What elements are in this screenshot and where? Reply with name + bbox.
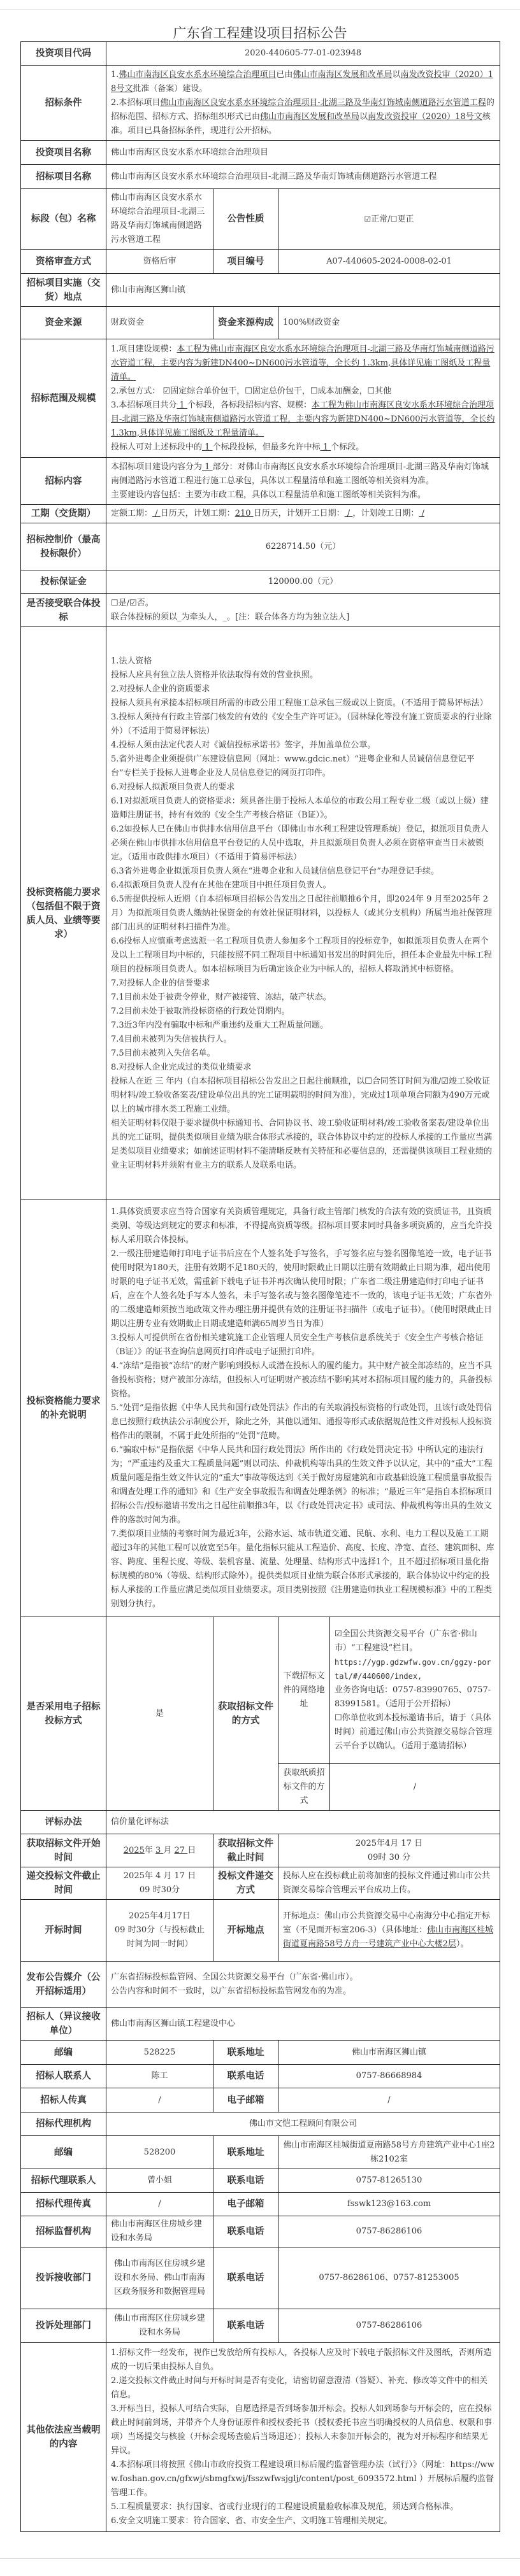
row-investment-name: 投资项目名称 佛山市南海区良安水系水环境综合治理项目 [21,141,500,165]
row-content: 招标内容 本招标项目建设内容分为 1 部分：对佛山市南海区良安水系水环境综合治理… [21,458,500,505]
label: 工期（交货期） [21,505,106,523]
project-name: 佛山市南海区良安水系水环境综合治理项目-北湖三路及华南灯饰城南侧道路污水管道工程 [106,165,500,189]
paragraph: 3.投标人须持有行政主管部门核发的有效的《安全生产许可证》。（园林绿化等没有施工… [111,711,495,739]
fax: / [106,2088,213,2112]
label: 投诉处理部门 [21,2309,106,2343]
paragraph: 6.“骗取中标”是指依据《中华人民共和国行政处罚法》所作出的《行政处罚决定书》中… [111,1443,495,1527]
paragraph: 6.6投标人应慎重考虑选派一名工程项目负责人参加多个工程项目的投标竞争，如拟派项… [111,935,495,977]
label: 投标资格能力要求的补充说明 [21,1200,106,1617]
supervisor: 佛山市南海区住房城乡建设和水务局 [106,2216,213,2247]
control-price: 6228714.50（元） [106,523,500,570]
phone: 0757-86668984 [278,2065,500,2088]
label: 公告性质 [213,189,278,250]
checkbox-unchecked-icon: ☐ [391,215,398,223]
label: 招标内容 [21,458,106,505]
row-complaint-receive: 投诉接收部门 佛山市南海区住房城乡建设和水务局、佛山市南海区政务服务和数据管理局… [21,2247,500,2309]
obtain-start: 2025年 3 月 27 日 [106,1834,213,1867]
paragraph: 6.4拟派项目负责人没有在其他在建项目中担任项目负责人。 [111,879,495,893]
project-number: A07-440605-2024-0008-02-01 [278,250,500,274]
contact: 陈工 [106,2065,213,2088]
label: 招标范围及规模 [21,339,106,458]
fax: / [106,2193,213,2216]
label: 邮编 [21,2041,106,2065]
period: 定额工期： / 日历天，计划工期：210 日历天，计划开工日期： / ，计划竣工… [106,505,500,523]
content: 本招标项目建设内容分为 1 部分：对佛山市南海区良安水系水环境综合治理项目-北湖… [106,458,500,505]
label: 招标代理联系人 [21,2169,106,2193]
checkbox-checked-icon: ☑ [365,215,372,223]
label: 是否接受联合体投标 [21,594,106,627]
label: 投标保证金 [21,570,106,594]
paragraph: 7.3近3年内没有骗取中标和严重违约及重大工程质量问题。 [111,1019,495,1033]
row-tender-condition: 招标条件 1.佛山市南海区良安水系水环境综合治理项目已由佛山市南海区发展和改革局… [21,66,500,141]
label: 项目编号 [213,250,278,274]
investment-code: 2020-440605-77-01-023948 [106,42,500,66]
evaluation-method: 信价量化评标法 [106,1811,500,1834]
deposit: 120000.00（元） [106,570,500,594]
email: / [278,2088,500,2112]
row-tenderer-post: 邮编 528225 联系地址 佛山市南海区狮山镇 [21,2041,500,2065]
row-media: 发布公告媒介（公开招标适用） 广东省招标投标监管网、全国公共资源交易平台（广东省… [21,1962,500,2008]
tender-condition: 1.佛山市南海区良安水系水环境综合治理项目已由佛山市南海区发展和改革局以南发改资… [106,66,500,141]
label: 电子邮箱 [213,2193,278,2216]
paper-method: / [330,1764,500,1811]
label: 是否采用电子招标投标方式 [21,1617,106,1811]
row-other: 其他依法应当载明的内容 1.招标文件一经发布，视作已发放给所有投标人，各投标人应… [21,2343,500,2532]
label: 获取招标文件的方式 [213,1617,278,1811]
electronic-value: 是 [106,1617,213,1811]
paragraph: 3.开标当日，投标人可结合实际，自愿选择是否到场参加开标会。投标人如到场参与开标… [111,2402,495,2458]
row-investment-code: 投资项目代码 2020-440605-77-01-023948 [21,42,500,66]
download-link[interactable]: https://ygp.gdzwfw.gov.cn/ggzy-portal/#/… [335,1655,495,1683]
complaint-handler: 佛山市南海区住房城乡建设和水务局 [106,2309,213,2343]
label: 招标项目名称 [21,165,106,189]
label: 联系电话 [213,2216,278,2247]
label: 招标人传真 [21,2088,106,2112]
row-price: 招标控制价（最高投标限价） 6228714.50（元） [21,523,500,570]
label: 联系地址 [213,2136,278,2169]
postcode: 528200 [106,2136,213,2169]
label: 投诉接收部门 [21,2247,106,2309]
label: 投标资格能力要求（包括但不限于资质人员、业绩等要求） [21,627,106,1200]
phone: 0757-81265130 [278,2169,500,2193]
paragraph: 6.2如投标人已在佛山市供排水信用信息平台（即佛山市水利工程建设管理系统）登记，… [111,823,495,865]
phone: 0757-86286106 [278,2309,500,2343]
paragraph: 6.5需提供投标人近期（自本招标项目招标公告发出之日起往前顺推6个月，即2024… [111,893,495,935]
paragraph: 5.工程质量要求：执行国家、省或行业现行的工程建设质量验收标准及规范，须达到合格… [111,2500,495,2514]
label: 电子邮箱 [213,2088,278,2112]
label: 招标人联系人 [21,2065,106,2088]
media: 广东省招标投标监管网、全国公共资源交易平台（广东省·佛山市）。 公告内容和时间不… [106,1962,500,2008]
row-agency-fax: 招标代理传真 / 电子邮箱 fsswk123@163.com [21,2193,500,2216]
label: 发布公告媒介（公开招标适用） [21,1962,106,2008]
paragraph: 2.对投标人企业的资质要求 [111,683,495,697]
download-info: ☑全国公共资源交易平台（广东省·佛山市）“工程建设”栏目。 https://yg… [330,1617,500,1764]
row-scope: 招标范围及规模 1.项目建设规模：本工程为佛山市南海区良安水系水环境综合治理项目… [21,339,500,458]
paragraph: 投标人应具有独立法人资格并依法取得有效的营业执照。 [111,669,495,683]
agency: 佛山市文恺工程顾问有限公司 [106,2112,500,2136]
paragraph: 6.1对拟派项目负责人的资格要求：须具备注册于投标人本单位的市政公用工程专业二级… [111,795,495,823]
address: 佛山市南海区桂城街道夏南路58号方舟建筑产业中心1座2栋2102室 [278,2136,500,2169]
other-content: 1.招标文件一经发布，视作已发放给所有投标人，各投标人应及时下载电子版招标文件及… [106,2343,500,2532]
investment-name: 佛山市南海区良安水系水环境综合治理项目 [106,141,500,165]
scope: 1.项目建设规模：本工程为佛山市南海区良安水系水环境综合治理项目-北湖三路及华南… [106,339,500,458]
label: 投标文件递交方式 [213,1867,278,1900]
paragraph: 2.递交投标文件截止时间与开标时间是否有变化，请密切留意澄清（答疑）、补充、修改… [111,2374,495,2402]
label: 资格审查方式 [21,250,106,274]
label: 投资项目代码 [21,42,106,66]
paragraph: 投标人须具有承接本招标项目所需的市政公用工程施工总承包三级或以上资质。（不适用于… [111,697,495,711]
paragraph: 4.投标人须由法定代表人对《诚信投标承诺书》签字，并加盖单位公章。 [111,739,495,753]
review-method: 资格后审 [106,250,213,274]
label: 招标控制价（最高投标限价） [21,523,106,570]
row-agency-contact: 招标代理联系人 曾小姐 联系电话 0757-81265130 [21,2169,500,2193]
label: 招标代理传真 [21,2193,106,2216]
label: 联系电话 [213,2065,278,2088]
label: 资金来源构成 [213,307,278,339]
row-tenderer: 招标人（异议接收单位） 佛山市南海区狮山镇工程建设中心 [21,2008,500,2041]
notice-nature: ☑正常/☐更正 [278,189,500,250]
phone: 0757-86286106、0757-81253005 [278,2247,500,2309]
label: 标段（包）名称 [21,189,106,250]
supplement: 1.具体资质要求应当符合国家有关资质管理规定，具备行政主管部门核发的合法有效的资… [106,1200,500,1617]
row-submit-time: 递交投标文件截止时间 2025年 4 月 17 日 09 时30分 投标文件递交… [21,1867,500,1900]
label: 招标人（异议接收单位） [21,2008,106,2041]
bottom-divider [0,2558,520,2559]
label: 资金来源 [21,307,106,339]
fund-structure: 100%财政资金 [278,307,500,339]
paragraph: 6.对投标人拟派项目负责人的要求 [111,781,495,795]
paragraph: 1.招标文件一经发布，视作已发放给所有投标人，各投标人应及时下载电子版招标文件及… [111,2346,495,2374]
paragraph: 3.投标人可提供所在省份相关建筑施工企业管理人员安全生产考核信息系统关于《安全生… [111,1331,495,1359]
phone: 0757-86286106 [278,2216,500,2247]
paragraph: 7.类似项目业绩的考察时间为最近3年，公路水运、城市轨道交通、民航、水利、电力工… [111,1527,495,1611]
obtain-end: 2025年4月 17 日 09时 30 分 [278,1834,500,1867]
paragraph: 6.3省外进粤企业拟派项目负责人须在“进粤企业和人员诚信信息登记平台”办理登记手… [111,865,495,879]
label: 投资项目名称 [21,141,106,165]
paragraph: 7.1目前未处于被责令停业，财产被接管、冻结，破产状态。 [111,991,495,1005]
label: 其他依法应当载明的内容 [21,2343,106,2532]
submit-method: 投标人应在投标截止前将加密的投标文件通过佛山市公共资源交易综合管理云平台成功上传… [278,1867,500,1900]
row-complaint-handle: 投诉处理部门 佛山市南海区住房城乡建设和水务局 联系电话 0757-862861… [21,2309,500,2343]
paragraph: 5.省外进粤企业须提供广东建设信息网（网址：www.gdcic.net）“进粤企… [111,753,495,781]
row-supervisor: 招标监督机构 佛山市南海区住房城乡建设和水务局 联系电话 0757-862861… [21,2216,500,2247]
row-tenderer-contact: 招标人联系人 陈工 联系电话 0757-86668984 [21,2065,500,2088]
label: 联系地址 [213,2041,278,2065]
row-location: 招标项目实施（交货）地点 佛山市南海区狮山镇 [21,274,500,307]
label: 递交投标文件截止时间 [21,1867,106,1900]
location: 佛山市南海区狮山镇 [106,274,500,307]
paragraph: 7.5目前未被列入失信名单。 [111,1047,495,1061]
label: 联系电话 [213,2247,278,2309]
open-time: 2025年4月17日 09 时30分（与投标截止时间为同一时间） [106,1900,213,1962]
paragraph: 相关证明材料仅限于要求提供中标通知书、合同协议书、竣工验收证明材料/竣工验收备案… [111,1117,495,1173]
row-period: 工期（交货期） 定额工期： / 日历天，计划工期：210 日历天，计划开工日期：… [21,505,500,523]
label: 评标办法 [21,1811,106,1834]
qualification: 1.法人资格投标人应具有独立法人资格并依法取得有效的营业执照。2.对投标人企业的… [106,627,500,1200]
label: 招标条件 [21,66,106,141]
label: 联系电话 [213,2169,278,2193]
email: fsswk123@163.com [278,2193,500,2216]
open-place: 开标地点：佛山市公共资源交易中心南海分中心指定开标室（不见面开标室206-3）（… [278,1900,500,1962]
label: 获取招标文件截止时间 [213,1834,278,1867]
row-section: 标段（包）名称 佛山市南海区良安水系水环境综合治理项目-北湖三路及华南灯饰城南侧… [21,189,500,250]
row-obtain-time: 获取招标文件开始时间 2025年 3 月 27 日 获取招标文件截止时间 202… [21,1834,500,1867]
label: 开标时间 [21,1900,106,1962]
paragraph: 6.安全文明施工要求：符合国家、省、市安全生产、文明施工管理相关规定。 [111,2514,495,2528]
postcode: 528225 [106,2041,213,2065]
consortium: ☐是/☑否。 联合体投标的须以_为牵头人，_。[注：联合体各方均为独立法人] [106,594,500,627]
paragraph: 7.对投标人企业的信誉要求 [111,977,495,991]
submit-deadline: 2025年 4 月 17 日 09 时30分 [106,1867,213,1900]
row-tenderer-fax: 招标人传真 / 电子邮箱 / [21,2088,500,2112]
label: 招标项目实施（交货）地点 [21,274,106,307]
label: 招标监督机构 [21,2216,106,2247]
row-funds: 资金来源 财政资金 资金来源构成 100%财政资金 [21,307,500,339]
tenderer: 佛山市南海区狮山镇工程建设中心 [106,2008,500,2041]
label: 联系电话 [213,2309,278,2343]
paragraph: 4.本招标项目将按照《佛山市政府投资工程建设项目标后履约监督管理办法（试行）》（… [111,2458,495,2500]
label: 下载招标文件的网络地址 [278,1617,330,1764]
label: 开标地点 [213,1900,278,1962]
row-qualification: 投标资格能力要求（包括但不限于资质人员、业绩等要求） 1.法人资格投标人应具有独… [21,627,500,1200]
address: 佛山市南海区狮山镇 [278,2041,500,2065]
top-divider [0,9,520,10]
row-agency: 招标代理机构 佛山市文恺工程顾问有限公司 [21,2112,500,2136]
row-consortium: 是否接受联合体投标 ☐是/☑否。 联合体投标的须以_为牵头人，_。[注：联合体各… [21,594,500,627]
paragraph: 5.“处罚”是指依据《中华人民共和国行政处罚法》作出的有关取消投标资格的行政处罚… [111,1401,495,1443]
label: 获取招标文件开始时间 [21,1834,106,1867]
paragraph: 1.具体资质要求应当符合国家有关资质管理规定，具备行政主管部门核发的合法有效的资… [111,1205,495,1247]
paragraph: 1.法人资格 [111,655,495,669]
row-method: 评标办法 信价量化评标法 [21,1811,500,1834]
row-agency-post: 邮编 528200 联系地址 佛山市南海区桂城街道夏南路58号方舟建筑产业中心1… [21,2136,500,2169]
row-review: 资格审查方式 资格后审 项目编号 A07-440605-2024-0008-02… [21,250,500,274]
row-supplement: 投标资格能力要求的补充说明 1.具体资质要求应当符合国家有关资质管理规定，具备行… [21,1200,500,1617]
row-project-name: 招标项目名称 佛山市南海区良安水系水环境综合治理项目-北湖三路及华南灯饰城南侧道… [21,165,500,189]
label: 招标代理机构 [21,2112,106,2136]
label: 邮编 [21,2136,106,2169]
paragraph: 4.“冻结”是指被“冻结”的财产影响到投标人或潜在投标人的履约能力。其中财产被全… [111,1359,495,1401]
page-title: 广东省工程建设项目招标公告 [0,24,520,42]
section-name: 佛山市南海区良安水系水环境综合治理项目-北湖三路及华南灯饰城南侧道路污水管道工程 [106,189,213,250]
label: 获取纸质招标文件的方式 [278,1764,330,1811]
paragraph: 7.4目前未被列为失信被执行人。 [111,1033,495,1047]
paragraph: 2.一级注册建造师打印电子证书后应在个人签名处手写签名，手写签名应与签名图像笔迹… [111,1247,495,1331]
row-deposit: 投标保证金 120000.00（元） [21,570,500,594]
tender-notice-table: 投资项目代码 2020-440605-77-01-023948 招标条件 1.佛… [20,41,500,2532]
row-electronic: 是否采用电子招标投标方式 是 获取招标文件的方式 下载招标文件的网络地址 ☑全国… [21,1617,500,1764]
paragraph: 7.2目前未处于被取消投标资格的行政处罚期内。 [111,1005,495,1019]
paragraph: 8.对投标人企业完成过的类似业绩要求 [111,1061,495,1075]
row-open: 开标时间 2025年4月17日 09 时30分（与投标截止时间为同一时间） 开标… [21,1900,500,1962]
paragraph: 投标人在近 三 年内（自本招标项目招标公告发出之日起往前顺推，以☐合同签订时间为… [111,1075,495,1117]
fund-source: 财政资金 [106,307,213,339]
complaint-receiver: 佛山市南海区住房城乡建设和水务局、佛山市南海区政务服务和数据管理局 [106,2247,213,2309]
contact: 曾小姐 [106,2169,213,2193]
